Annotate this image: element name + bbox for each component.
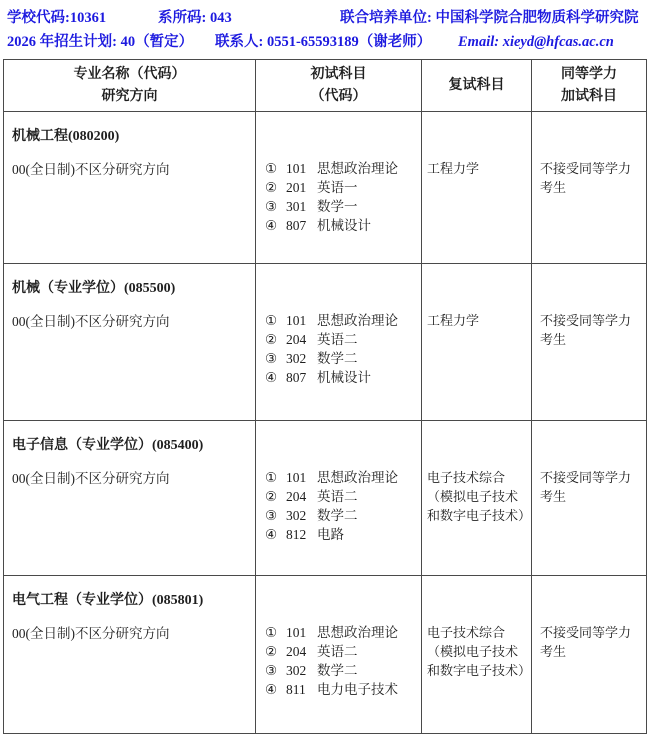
school-code: 学校代码:10361 [7, 9, 106, 27]
equivalency-cell: 不接受同等学力考生 [532, 112, 646, 263]
initial-exam-cell: ①101思想政治理论 ②204英语二 ③302数学二 ④811电力电子技术 [256, 576, 422, 733]
table-header-row: 专业名称（代码） 研究方向 初试科目 （代码） 复试科目 同等学力 加试科目 [4, 60, 646, 112]
major-title: 机械工程(080200) [12, 127, 249, 147]
subject-line: ④811电力电子技术 [265, 680, 419, 699]
subject-line: ④807机械设计 [265, 368, 419, 387]
table-row: 机械工程(080200) 00(全日制)不区分研究方向 ①101思想政治理论 ②… [4, 112, 646, 264]
admissions-document-page: 学校代码:10361 系所码: 043 联合培养单位: 中国科学院合肥物质科学研… [0, 0, 650, 740]
subject-line: ④807机械设计 [265, 216, 419, 235]
subject-line: ③301数学一 [265, 197, 419, 216]
retest-subject-cell: 电子技术综合（模拟电子技术和数字电子技术） [422, 576, 532, 733]
column-header-initial-exam: 初试科目 （代码） [256, 60, 422, 111]
subject-line: ③302数学二 [265, 661, 419, 680]
equivalency-cell: 不接受同等学力考生 [532, 576, 646, 733]
retest-subject-cell: 工程力学 [422, 264, 532, 420]
major-title: 电子信息（专业学位）(085400) [12, 436, 249, 456]
subject-line: ④812电路 [265, 525, 419, 544]
initial-exam-cell: ①101思想政治理论 ②204英语二 ③302数学二 ④812电路 [256, 421, 422, 575]
subject-line: ②204英语二 [265, 642, 419, 661]
retest-subject-cell: 工程力学 [422, 112, 532, 263]
column-header-retest: 复试科目 [422, 60, 532, 111]
initial-exam-cell: ①101思想政治理论 ②204英语二 ③302数学二 ④807机械设计 [256, 264, 422, 420]
major-title: 电气工程（专业学位）(085801) [12, 591, 249, 611]
major-title: 机械（专业学位）(085500) [12, 279, 249, 299]
research-direction: 00(全日制)不区分研究方向 [12, 469, 249, 488]
research-direction: 00(全日制)不区分研究方向 [12, 312, 249, 331]
research-direction: 00(全日制)不区分研究方向 [12, 160, 249, 179]
column-header-major: 专业名称（代码） 研究方向 [4, 60, 256, 111]
programs-table: 专业名称（代码） 研究方向 初试科目 （代码） 复试科目 同等学力 加试科目 机… [3, 59, 647, 734]
subject-line: ①101思想政治理论 [265, 623, 419, 642]
document-top-info: 学校代码:10361 系所码: 043 联合培养单位: 中国科学院合肥物质科学研… [0, 0, 650, 58]
major-cell: 电子信息（专业学位）(085400) 00(全日制)不区分研究方向 [4, 421, 256, 575]
subject-line: ③302数学二 [265, 349, 419, 368]
subject-line: ①101思想政治理论 [265, 159, 419, 178]
department-code: 系所码: 043 [158, 9, 232, 27]
major-cell: 机械工程(080200) 00(全日制)不区分研究方向 [4, 112, 256, 263]
equivalency-cell: 不接受同等学力考生 [532, 421, 646, 575]
joint-training-unit: 联合培养单位: 中国科学院合肥物质科学研究院 [340, 9, 638, 27]
subject-line: ①101思想政治理论 [265, 311, 419, 330]
table-row: 电子信息（专业学位）(085400) 00(全日制)不区分研究方向 ①101思想… [4, 421, 646, 576]
subject-line: ②201英语一 [265, 178, 419, 197]
subject-line: ②204英语二 [265, 487, 419, 506]
subject-line: ②204英语二 [265, 330, 419, 349]
contact-email: Email: xieyd@hfcas.ac.cn [458, 33, 614, 51]
research-direction: 00(全日制)不区分研究方向 [12, 624, 249, 643]
table-row: 机械（专业学位）(085500) 00(全日制)不区分研究方向 ①101思想政治… [4, 264, 646, 421]
subject-line: ①101思想政治理论 [265, 468, 419, 487]
column-header-equivalency: 同等学力 加试科目 [532, 60, 646, 111]
subject-line: ③302数学二 [265, 506, 419, 525]
initial-exam-cell: ①101思想政治理论 ②201英语一 ③301数学一 ④807机械设计 [256, 112, 422, 263]
equivalency-cell: 不接受同等学力考生 [532, 264, 646, 420]
enrollment-plan: 2026 年招生计划: 40（暂定） [7, 33, 193, 51]
contact-person: 联系人: 0551-65593189（谢老师） [215, 33, 431, 51]
retest-subject-cell: 电子技术综合（模拟电子技术和数字电子技术） [422, 421, 532, 575]
major-cell: 电气工程（专业学位）(085801) 00(全日制)不区分研究方向 [4, 576, 256, 733]
table-row: 电气工程（专业学位）(085801) 00(全日制)不区分研究方向 ①101思想… [4, 576, 646, 733]
major-cell: 机械（专业学位）(085500) 00(全日制)不区分研究方向 [4, 264, 256, 420]
